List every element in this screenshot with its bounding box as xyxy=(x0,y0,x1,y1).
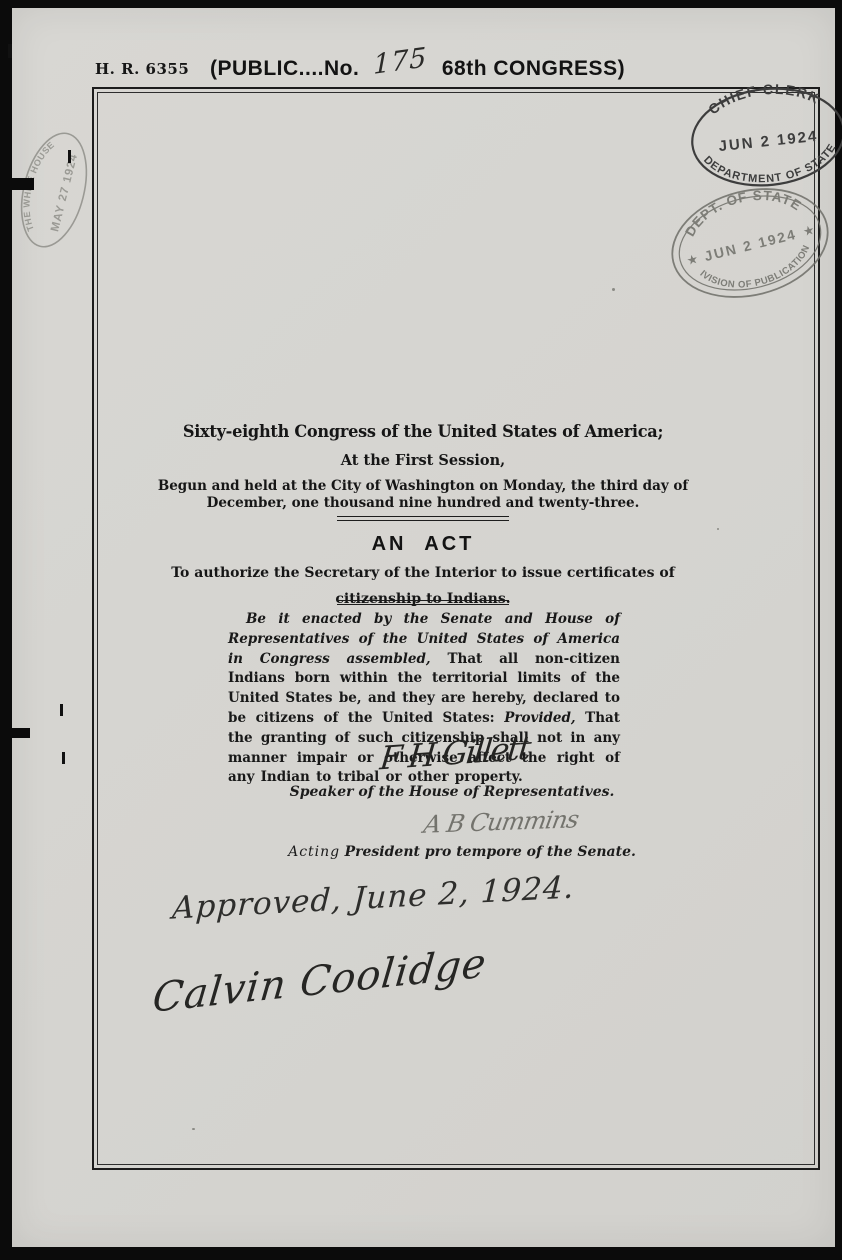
handwritten-law-number: 175 xyxy=(374,42,428,81)
binding-mark xyxy=(8,44,12,58)
svg-text:CHIEF CLERK: CHIEF CLERK xyxy=(703,75,824,118)
speaker-title: Speaker of the House of Representatives. xyxy=(172,784,732,800)
star-icon: ★ xyxy=(686,253,699,267)
chief-clerk-stamp-top-text: CHIEF CLERK xyxy=(703,75,824,118)
public-no-label: (PUBLIC....No. xyxy=(210,57,359,81)
star-icon: ★ xyxy=(803,224,816,238)
acting-prefix: Acting xyxy=(288,844,340,860)
divider-rule-top xyxy=(114,516,732,521)
begun-and-held-lines: Begun and held at the City of Washington… xyxy=(114,478,732,512)
senate-title-text: President pro tempore of the Senate. xyxy=(345,844,636,860)
document-scan: H. R. 6355 (PUBLIC....No. 175 68th CONGR… xyxy=(0,0,842,1260)
senate-president-signature: A B Cummins xyxy=(422,805,581,839)
an-act-heading: AN ACT xyxy=(114,533,732,556)
white-house-stamp: THE WHITE HOUSE MAY 27 1924 xyxy=(4,119,105,261)
dust-speck xyxy=(192,1128,195,1130)
binding-mark xyxy=(68,150,71,163)
congress-label: 68th CONGRESS) xyxy=(442,57,625,81)
dust-speck xyxy=(717,528,719,530)
provided-clause: Provided, xyxy=(504,710,575,726)
binding-notch xyxy=(0,178,34,190)
senate-president-title: Acting President pro tempore of the Sena… xyxy=(182,844,742,860)
congress-heading: Sixty-eighth Congress of the United Stat… xyxy=(129,422,716,442)
binding-mark xyxy=(62,752,65,764)
act-title-line-2: citizenship to Indians. xyxy=(114,586,732,612)
dust-speck xyxy=(612,288,615,291)
white-house-stamp-date: MAY 27 1924 xyxy=(49,152,80,233)
public-law-header: (PUBLIC....No. 175 68th CONGRESS) xyxy=(210,50,625,81)
binding-mark xyxy=(60,704,63,716)
dept-of-state-stamp-date: JUN 2 1924 xyxy=(703,226,799,264)
begun-line-2: December, one thousand nine hundred and … xyxy=(114,495,732,512)
begun-line-1: Begun and held at the City of Washington… xyxy=(114,478,732,495)
chief-clerk-stamp-date: JUN 2 1924 xyxy=(718,128,819,155)
session-heading: At the First Session, xyxy=(114,452,732,469)
act-title-line-1: To authorize the Secretary of the Interi… xyxy=(114,560,732,586)
divider-rule-bottom xyxy=(114,600,732,605)
binding-notch xyxy=(0,728,30,738)
bill-number: H. R. 6355 xyxy=(95,60,189,78)
paper-page: H. R. 6355 (PUBLIC....No. 175 68th CONGR… xyxy=(12,8,835,1247)
